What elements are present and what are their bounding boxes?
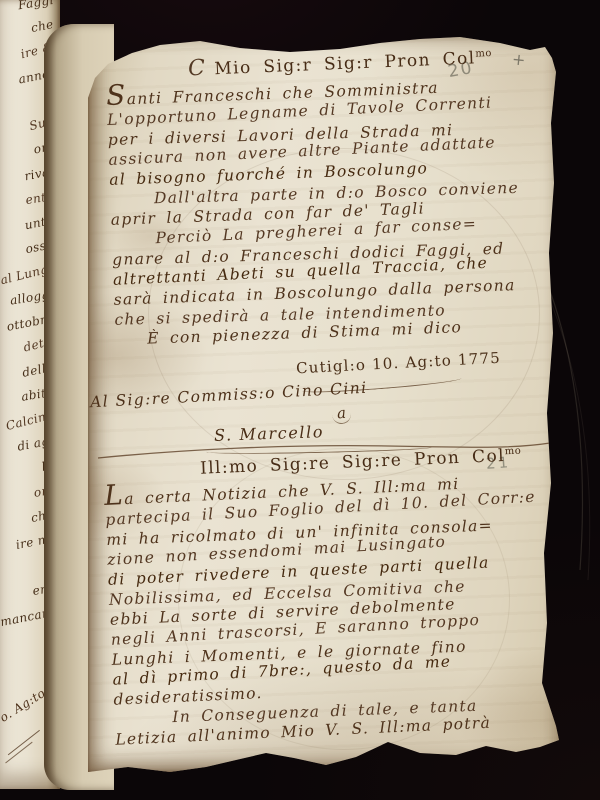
letter2-body: La certa Notizia che V. S. Ill:ma mipart… bbox=[104, 469, 571, 749]
salutation-superscript: mo bbox=[475, 48, 492, 60]
verso-text-fragment: Faggi bbox=[0, 0, 55, 17]
recto-page: 20 + 21 CMio Sig:r Sig:r Pron Colmo Sant… bbox=[88, 28, 566, 772]
salutation-superscript: mo bbox=[505, 446, 522, 458]
salutation-flourish: C bbox=[188, 56, 207, 82]
verso-pen-stroke bbox=[8, 730, 40, 756]
pencil-cross-icon: + bbox=[511, 49, 526, 69]
letter1-body: Santi Franceschi che SomministraL'opport… bbox=[106, 73, 567, 349]
manuscript-photo: Faggicheire &anno.aSuaoniriva.enteuntoos… bbox=[0, 0, 600, 800]
